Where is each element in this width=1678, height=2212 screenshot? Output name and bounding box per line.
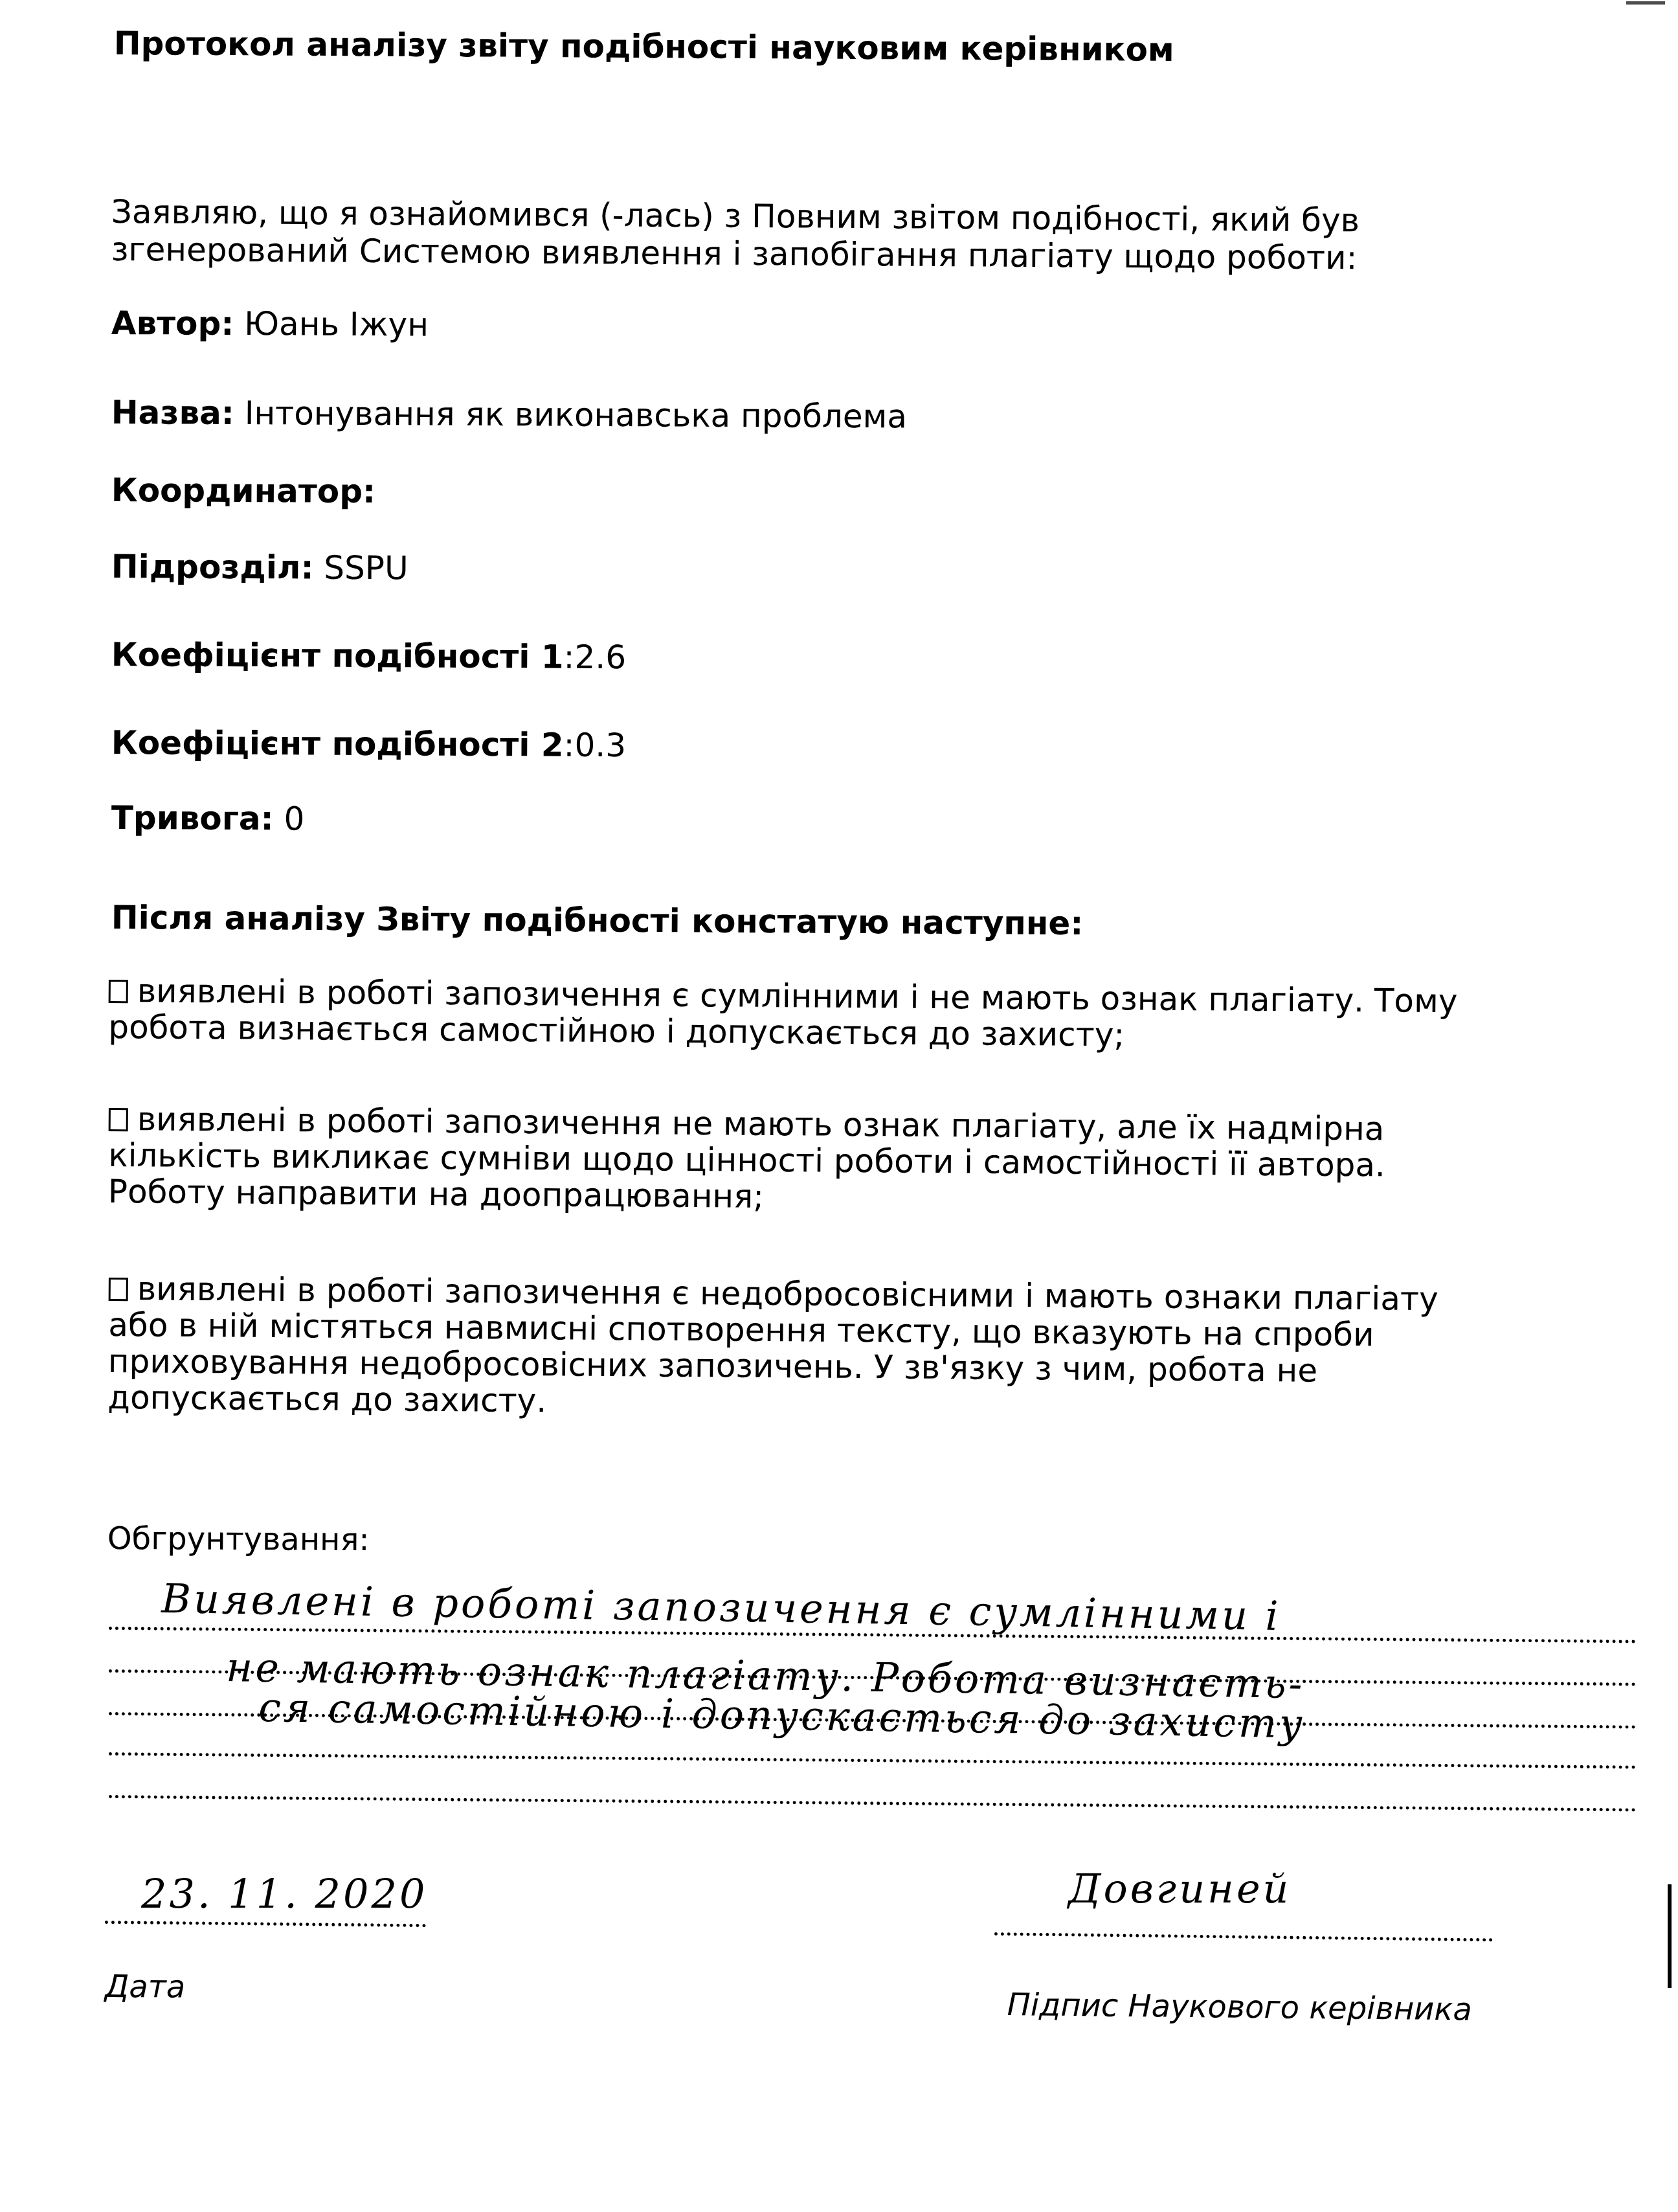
option-1: виявлені в роботі запозичення є сумлінни… <box>108 973 1457 1055</box>
field-unit-label: Підрозділ: <box>111 548 314 587</box>
field-coordinator-label: Координатор: <box>111 471 375 510</box>
field-name: Назва: Інтонування як виконавська пробле… <box>111 394 907 435</box>
date-label: Дата <box>105 1969 186 2005</box>
field-author: Автор: Юань Іжун <box>111 304 429 344</box>
signature-label: Підпис Наукового керівника <box>1007 1987 1472 2028</box>
field-alarm-label: Тривога: <box>111 799 274 837</box>
field-coef2: Коефіцієнт подібності 2:0.3 <box>111 724 626 764</box>
field-author-label: Автор: <box>111 304 234 343</box>
field-alarm: Тривога: 0 <box>111 799 305 838</box>
document-title: Протокол аналізу звіту подібності науков… <box>114 25 1174 69</box>
scan-edge <box>1668 1884 1672 1988</box>
option-2-checkbox[interactable] <box>109 1108 128 1131</box>
option-3: виявлені в роботі запозичення є недоброс… <box>107 1270 1438 1426</box>
conclusion-heading: Після аналізу Звіту подібності констатую… <box>111 899 1084 942</box>
option-2: виявлені в роботі запозичення не мають о… <box>108 1101 1386 1219</box>
field-coef1: Коефіцієнт подібності 1:2.6 <box>111 636 626 676</box>
justification-dotline-4 <box>109 1752 1637 1769</box>
field-coef2-value: :0.3 <box>564 727 627 765</box>
field-unit: Підрозділ: SSPU <box>111 548 408 587</box>
option-1-checkbox[interactable] <box>109 980 128 1003</box>
intro-line-2: згенерований Системою виявлення і запобі… <box>111 231 1358 276</box>
field-name-value: Інтонування як виконавська проблема <box>234 394 907 435</box>
field-unit-value: SSPU <box>313 549 408 587</box>
date-dotline <box>105 1921 426 1927</box>
justification-dotline-5 <box>109 1795 1637 1812</box>
field-name-label: Назва: <box>111 394 234 432</box>
field-coef2-label: Коефіцієнт подібності 2 <box>111 724 564 764</box>
date-value[interactable]: 23. 11. 2020 <box>141 1870 427 1917</box>
signature-dotline <box>994 1932 1493 1941</box>
field-alarm-value: 0 <box>273 800 304 837</box>
scan-mark <box>1626 1 1665 5</box>
field-author-value: Юань Іжун <box>234 305 429 344</box>
justification-label: Обгрунтування: <box>107 1520 370 1558</box>
option-3-checkbox[interactable] <box>109 1278 128 1301</box>
signature[interactable]: Довгиней <box>1068 1865 1292 1912</box>
field-coef1-value: :2.6 <box>564 638 627 677</box>
field-coef1-label: Коефіцієнт подібності 1 <box>111 636 564 676</box>
field-coordinator: Координатор: <box>111 471 375 510</box>
